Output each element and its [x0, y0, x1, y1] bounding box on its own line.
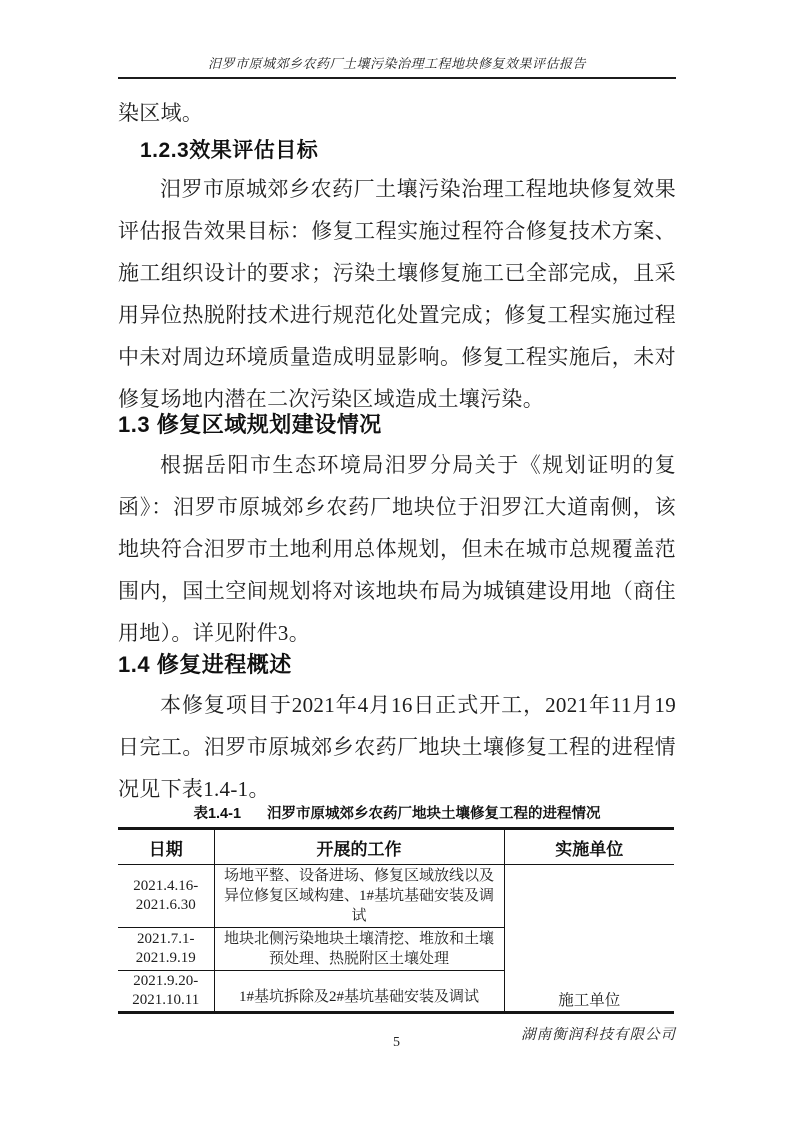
table-header: 日期 开展的工作 实施单位: [118, 829, 674, 865]
header-title: 汨罗市原城郊乡农药厂土壤污染治理工程地块修复效果评估报告: [208, 53, 586, 72]
work-cell: 地块北侧污染地块土壤清挖、堆放和土壤预处理、热脱附区土壤处理: [214, 928, 504, 971]
progress-table: 日期 开展的工作 实施单位 2021.4.16- 2021.6.30 场地平整、…: [118, 827, 674, 1014]
intro-fragment: 染区域。: [118, 92, 676, 134]
table-header-implementer: 实施单位: [504, 829, 674, 865]
document-page: 汨罗市原城郊乡农药厂土壤污染治理工程地块修复效果评估报告 染区域。 1.2.3效…: [0, 0, 793, 1122]
table-header-date: 日期: [118, 829, 214, 865]
implementer-cell: 施工单位: [504, 865, 674, 1013]
footer-page-number: 5: [0, 1035, 793, 1051]
table-caption-title: 汨罗市原城郊乡农药厂地块土壤修复工程的进程情况: [267, 806, 601, 822]
work-cell: 1#基坑拆除及2#基坑基础安装及调试: [214, 971, 504, 1013]
paragraph-effect-goal: 汨罗市原城郊乡农药厂土壤污染治理工程地块修复效果评估报告效果目标：修复工程实施过…: [118, 168, 676, 420]
paragraph-progress: 本修复项目于2021年4月16日正式开工，2021年11月19日完工。汨罗市原城…: [118, 684, 676, 810]
paragraph-planning: 根据岳阳市生态环境局汨罗分局关于《规划证明的复函》：汨罗市原城郊乡农药厂地块位于…: [118, 444, 676, 654]
page-body: 染区域。 1.2.3效果评估目标 汨罗市原城郊乡农药厂土壤污染治理工程地块修复效…: [118, 79, 676, 1014]
work-cell: 场地平整、设备进场、修复区域放线以及异位修复区域构建、1#基坑基础安装及调试: [214, 865, 504, 928]
table-caption-label: 表1.4-1: [193, 806, 241, 822]
table-caption: 表1.4-1汨罗市原城郊乡农药厂地块土壤修复工程的进程情况: [118, 804, 676, 824]
table-header-work: 开展的工作: [214, 829, 504, 865]
date-cell: 2021.7.1- 2021.9.19: [118, 928, 214, 971]
section-heading-1-4: 1.4 修复进程概述: [118, 646, 676, 684]
date-cell: 2021.4.16- 2021.6.30: [118, 865, 214, 928]
section-heading-1-2-3: 1.2.3效果评估目标: [140, 134, 676, 168]
table-row: 2021.4.16- 2021.6.30 场地平整、设备进场、修复区域放线以及异…: [118, 865, 674, 928]
date-cell: 2021.9.20- 2021.10.11: [118, 971, 214, 1013]
page-header: 汨罗市原城郊乡农药厂土壤污染治理工程地块修复效果评估报告: [118, 0, 676, 79]
